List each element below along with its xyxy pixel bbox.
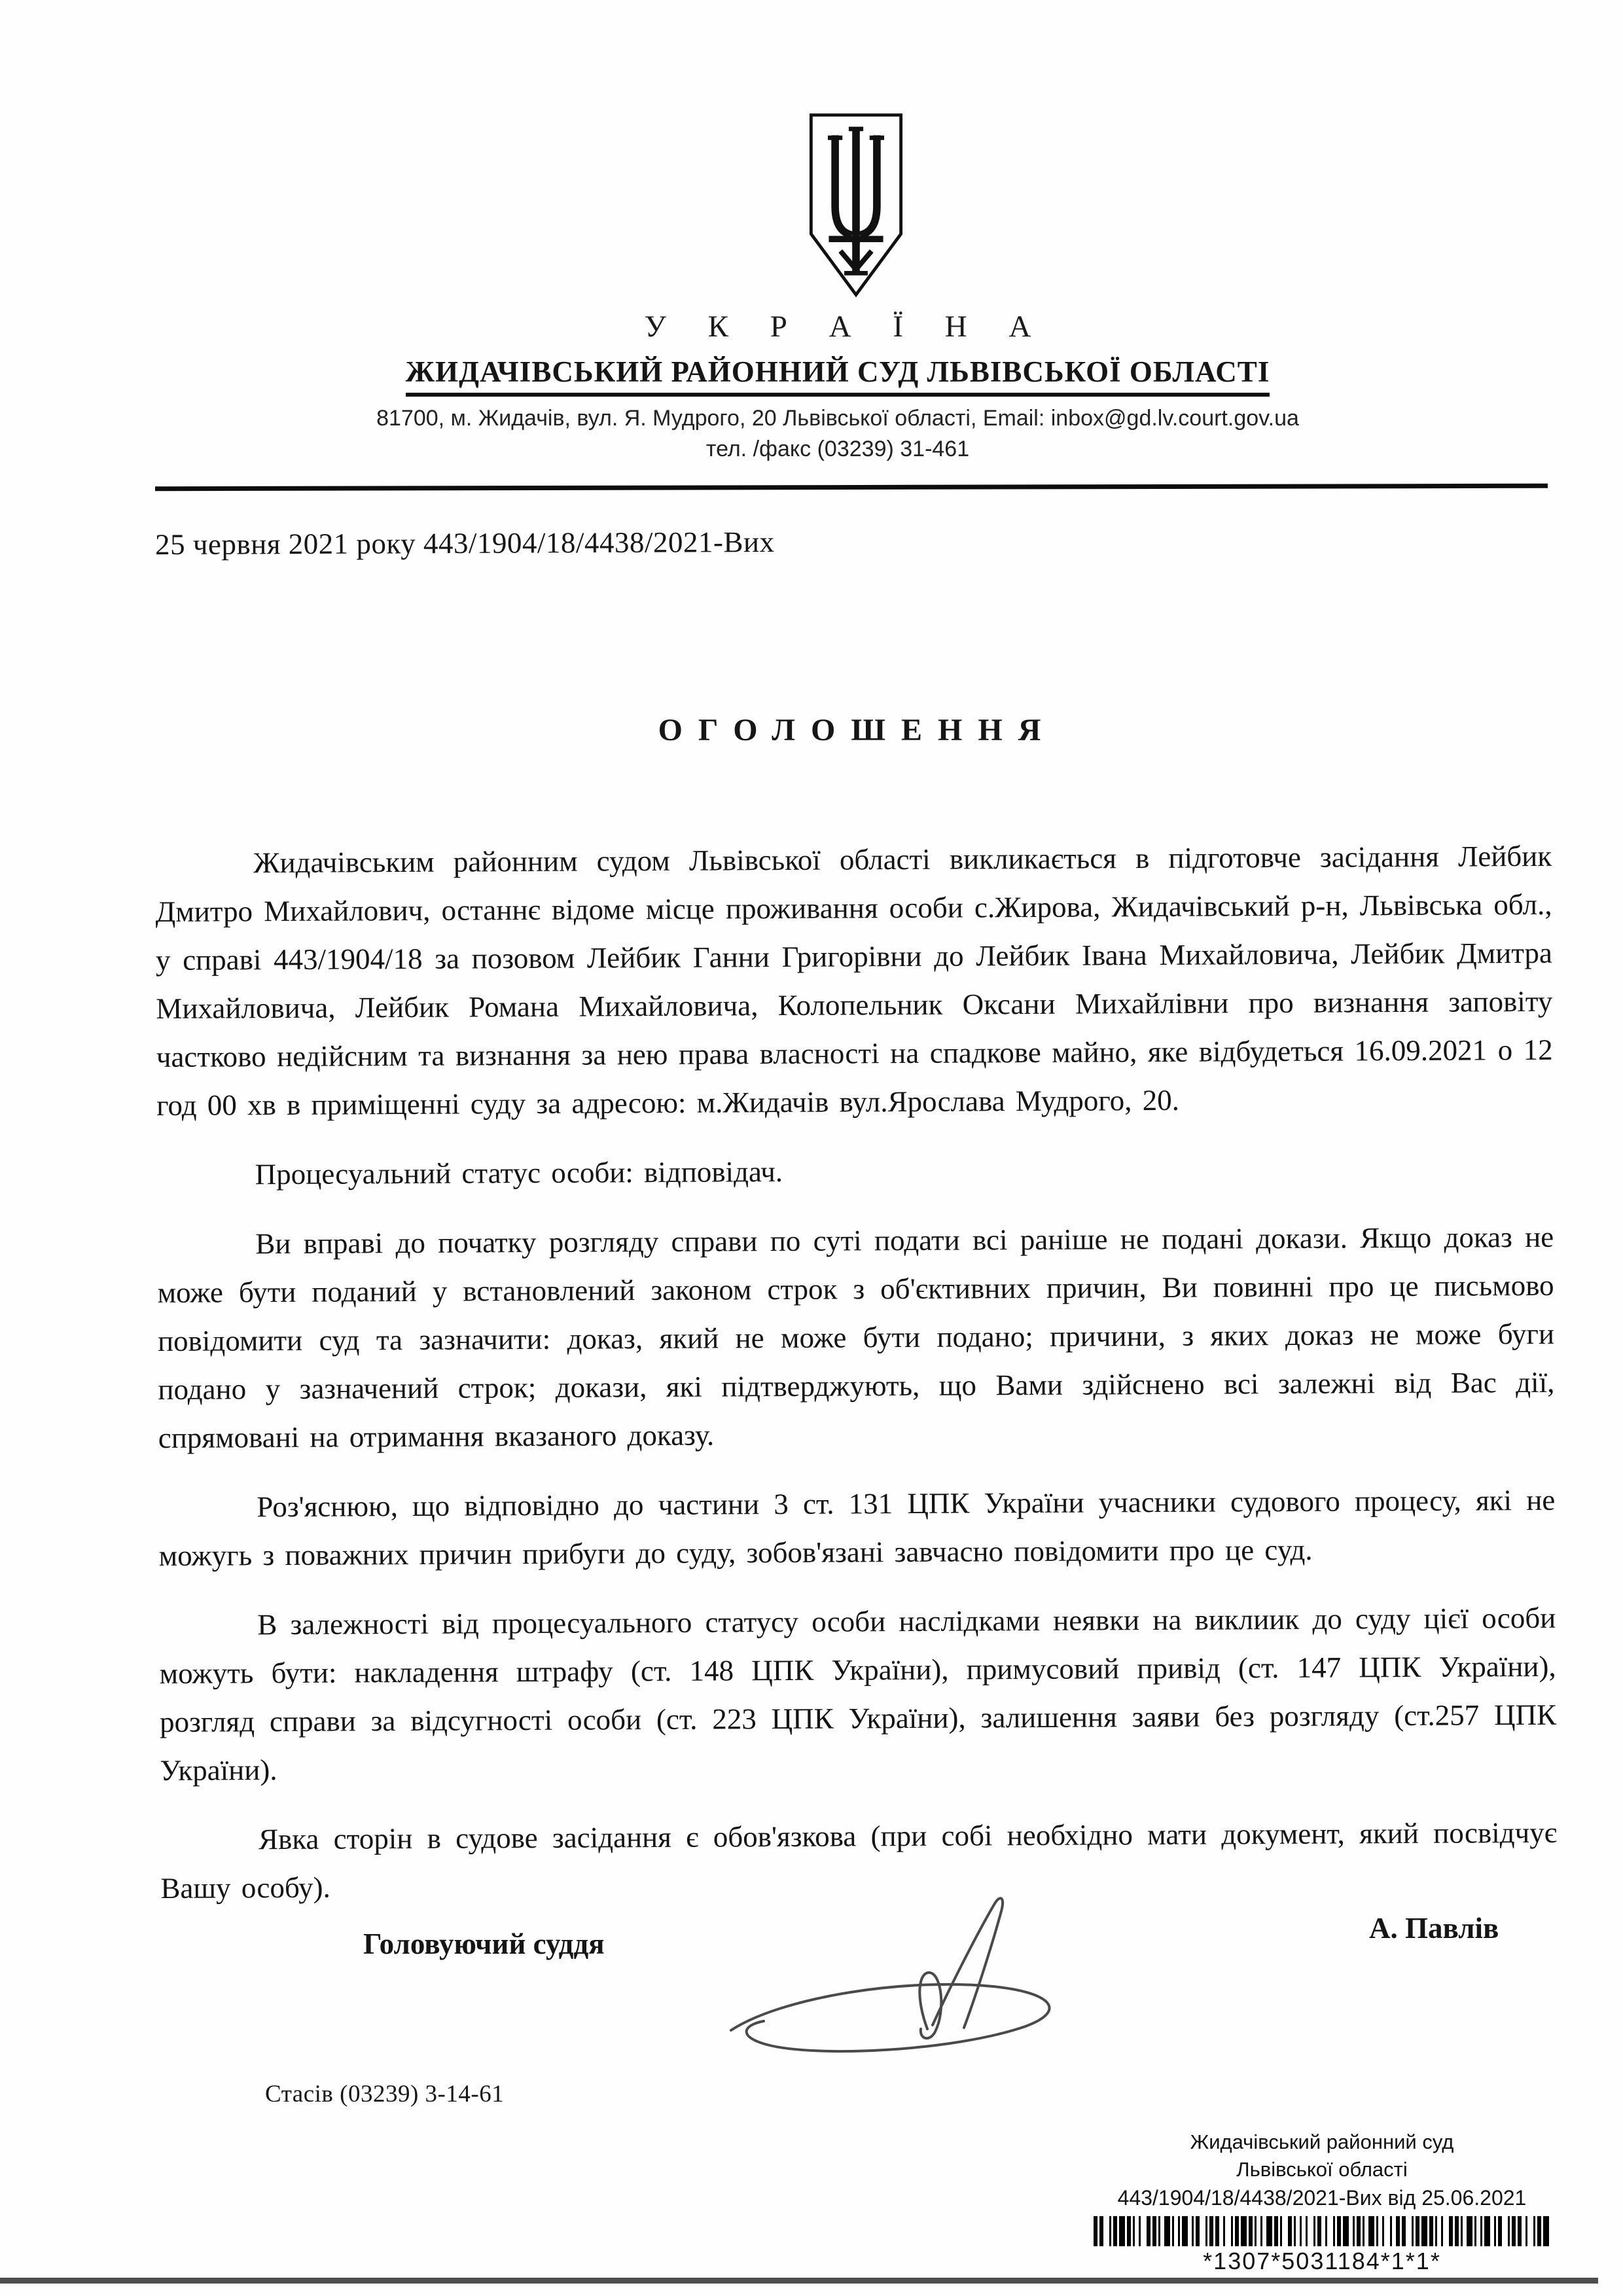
header-divider bbox=[155, 484, 1548, 491]
paragraph-evidence: Ви вправі до початку розгляду справи по … bbox=[157, 1213, 1555, 1462]
barcode bbox=[1092, 2216, 1552, 2246]
paragraph-status: Процесуальний статус особи: відповідач. bbox=[156, 1143, 1553, 1199]
signature-row: Головуючий суддя А. Павлів bbox=[155, 1880, 1552, 2096]
country-title: У К Р А Ї Н А bbox=[26, 309, 1623, 344]
date-reference-line: 25 червня 2021 року 443/1904/18/4438/202… bbox=[155, 525, 775, 562]
scanned-court-document: У К Р А Ї Н А ЖИДАЧІВСЬКИЙ РАЙОННИЙ СУД … bbox=[0, 0, 1623, 2296]
registration-stamp: Жидачівський районний суд Львівської обл… bbox=[1060, 2128, 1584, 2275]
paragraph-consequences: В залежності від процесуального статусу … bbox=[159, 1594, 1557, 1795]
court-name: ЖИДАЧІВСЬКИЙ РАЙОННИЙ СУД ЛЬВІВСЬКОЇ ОБЛ… bbox=[26, 355, 1623, 397]
stamp-court-region: Львівської області bbox=[1060, 2156, 1584, 2183]
signature-scribble bbox=[711, 1880, 1104, 2076]
barcode-text: *1307*5031184*1*1* bbox=[1060, 2248, 1584, 2275]
document-title: ОГОЛОШЕННЯ bbox=[38, 712, 1623, 748]
judge-name: А. Павлів bbox=[1369, 1911, 1499, 1945]
court-address: 81700, м. Жидачів, вул. Я. Мудрого, 20 Л… bbox=[26, 406, 1623, 431]
paragraph-summons: Жидачівським районним судом Львівської о… bbox=[155, 832, 1553, 1130]
stamp-court-name: Жидачівський районний суд bbox=[1060, 2128, 1584, 2156]
document-body: Жидачівським районним судом Львівської о… bbox=[155, 832, 1558, 1933]
presiding-judge-label: Головуючий суддя bbox=[363, 1927, 605, 1961]
letterhead: У К Р А Ї Н А ЖИДАЧІВСЬКИЙ РАЙОННИЙ СУД … bbox=[26, 0, 1623, 462]
court-phone: тел. /факс (03239) 31-461 bbox=[26, 437, 1623, 462]
ukraine-trident-emblem-icon bbox=[801, 110, 911, 300]
paragraph-notice-131: Роз'яснюю, що відповідно до частини 3 ст… bbox=[158, 1476, 1556, 1580]
scan-artifact-line bbox=[0, 2278, 1598, 2284]
stamp-reference: 443/1904/18/4438/2021-Вих від 25.06.2021 bbox=[1060, 2183, 1584, 2212]
clerk-contact-line: Стасів (03239) 3-14-61 bbox=[265, 2080, 504, 2108]
